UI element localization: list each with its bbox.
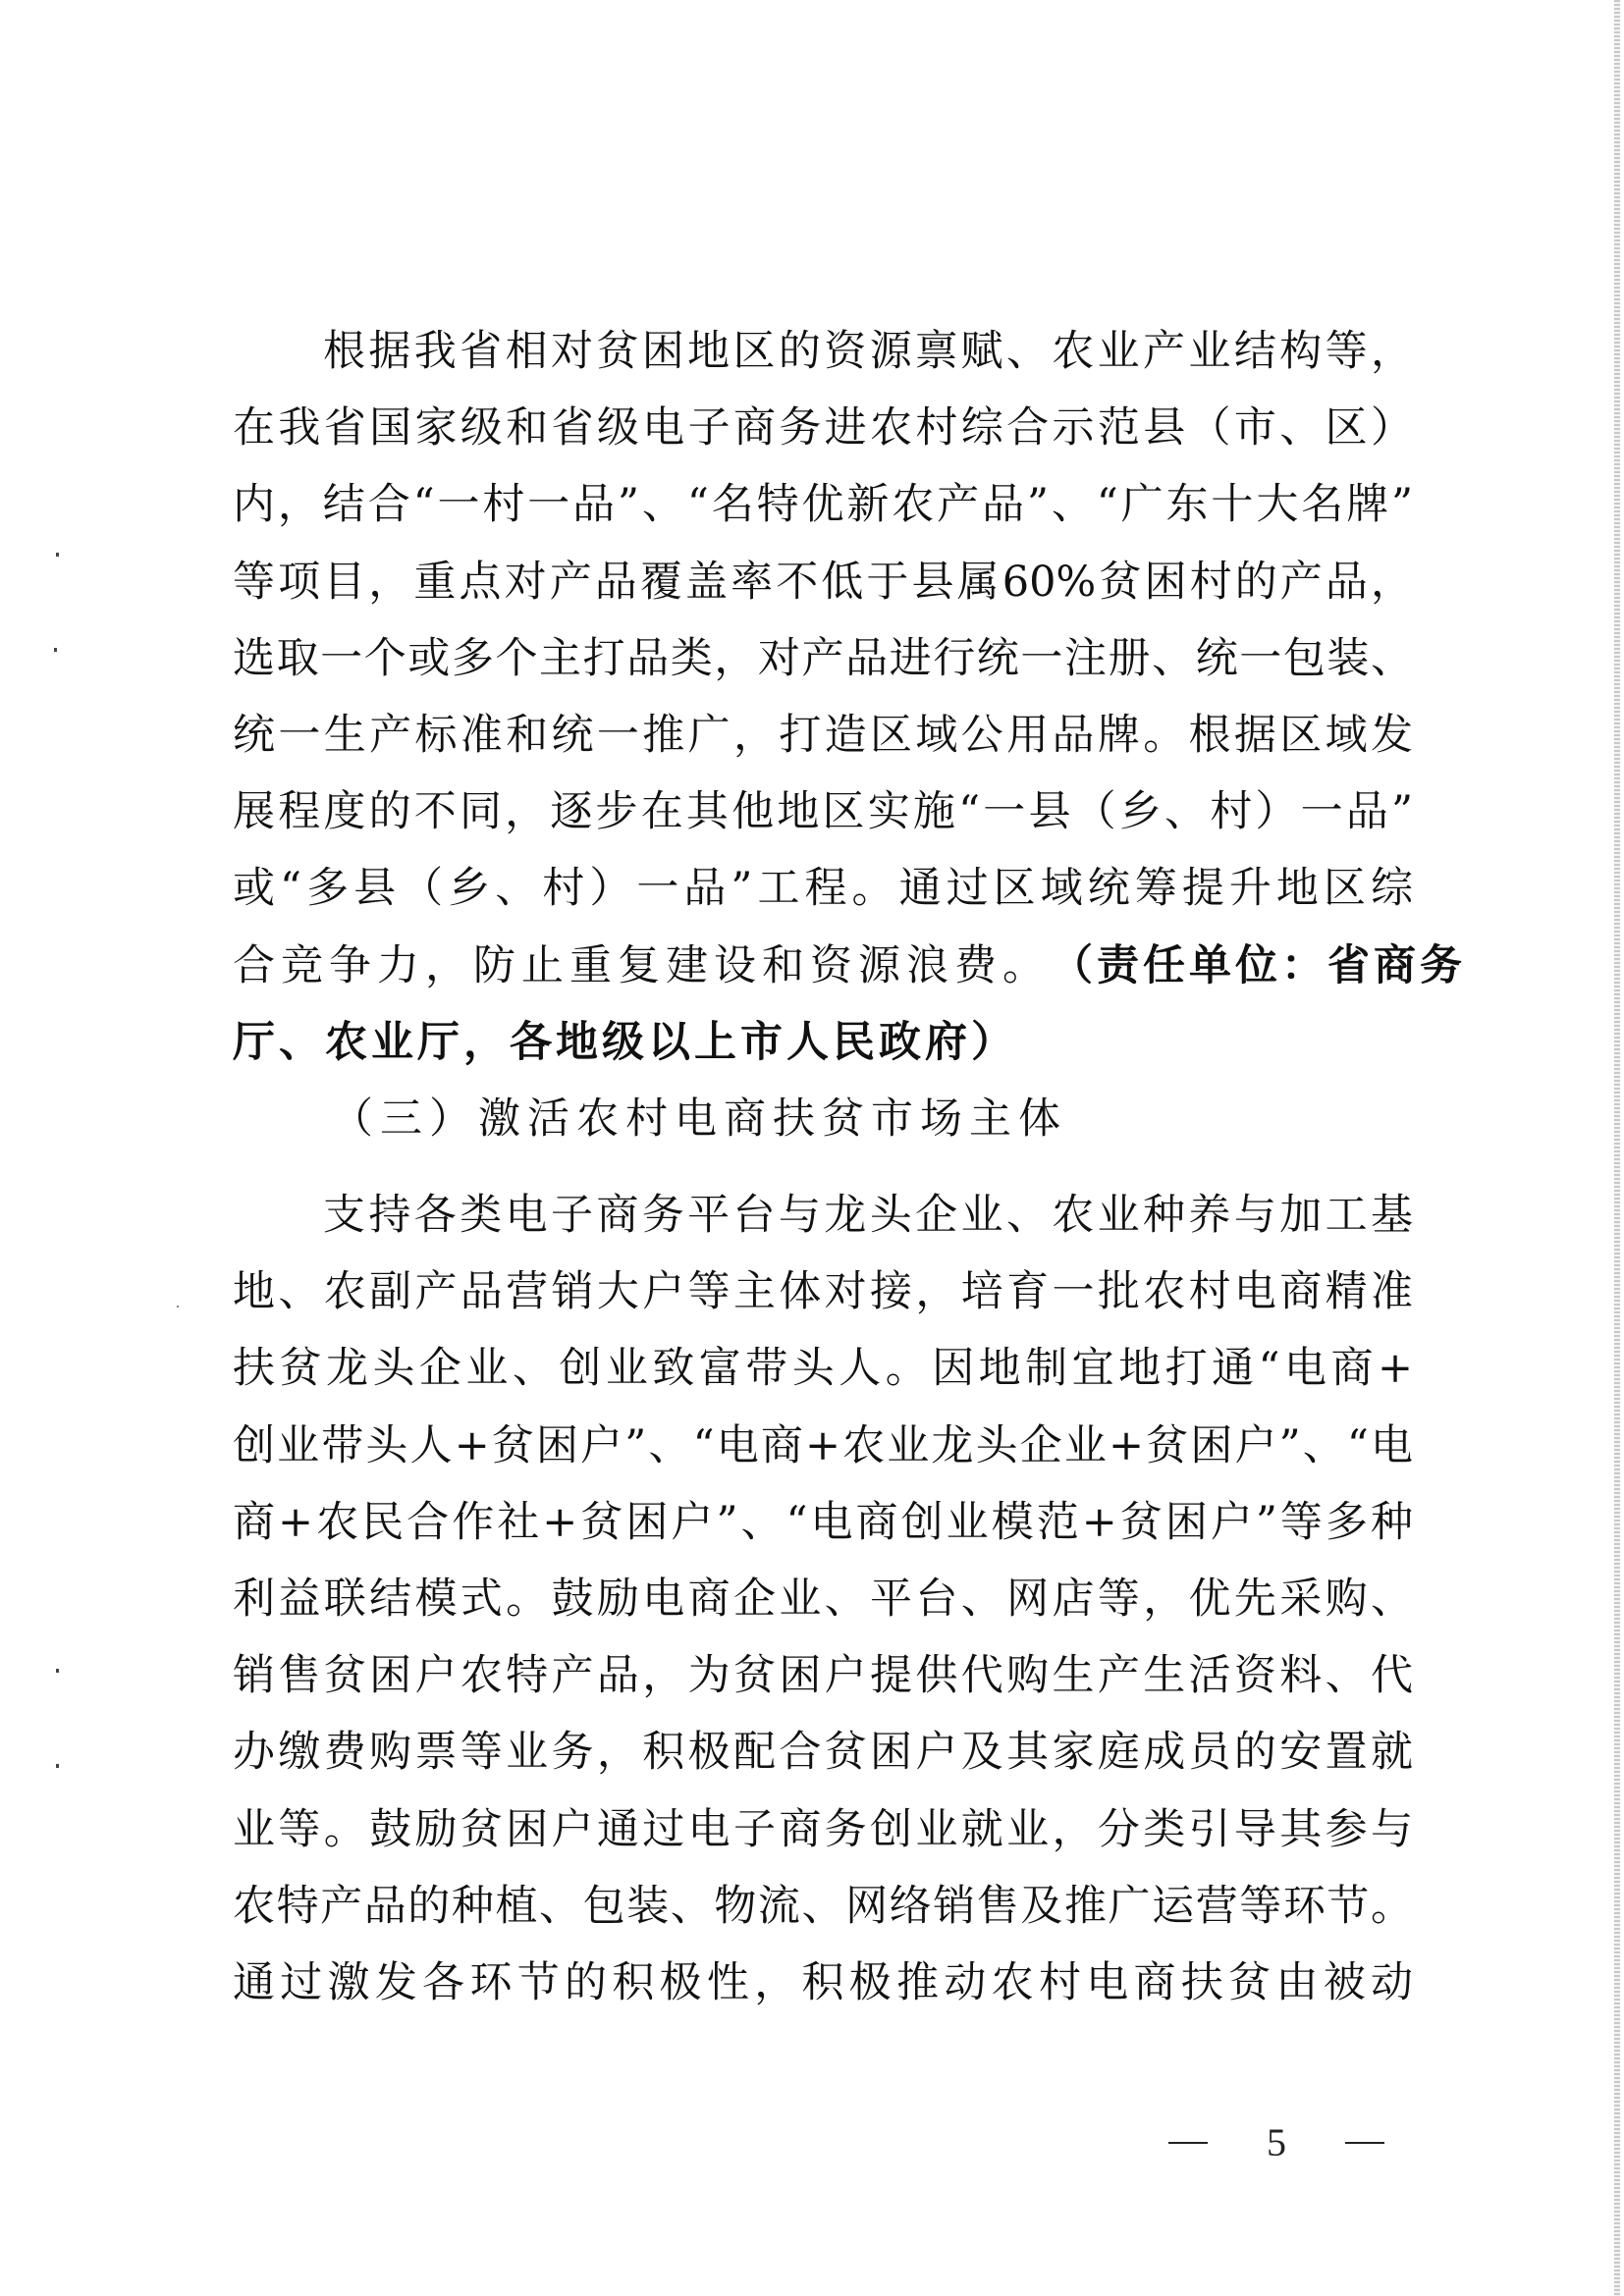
- margin-speck: [54, 648, 57, 652]
- text-line: 选取一个或多个主打品类，对产品进行统一注册、统一包装、: [233, 632, 1413, 709]
- text-line: 展程度的不同，逐步在其他地区实施“一县（乡、村）一品”: [233, 785, 1413, 862]
- margin-speck: [56, 1764, 59, 1768]
- text-line: 或“多县（乡、村）一品”工程。通过区域统筹提升地区综: [233, 862, 1413, 938]
- text-line: 等项目，重点对产品覆盖率不低于县属60%贫困村的产品，: [233, 556, 1413, 632]
- text-line: 支持各类电子商务平台与龙头企业、农业种养与加工基: [233, 1189, 1413, 1265]
- text-line-with-responsibility: 合竞争力，防止重复建设和资源浪费。 （责任单位：省商务: [233, 939, 1413, 1016]
- text-line: 在我省国家级和省级电子商务进农村综合示范县（市、区）: [233, 401, 1413, 478]
- text-line: 地、农副产品营销大户等主体对接，培育一批农村电商精准: [233, 1265, 1413, 1342]
- text-line: 扶贫龙头企业、创业致富带头人。因地制宜地打通“电商+: [233, 1342, 1413, 1418]
- text-line: 统一生产标准和统一推广，打造区域公用品牌。根据区域发: [233, 709, 1413, 785]
- paragraph-market-entities: 支持各类电子商务平台与龙头企业、农业种养与加工基 地、农副产品营销大户等主体对接…: [233, 1189, 1413, 2033]
- responsibility-note-end: 厅、农业厅，各地级以上市人民政府）: [233, 1016, 1413, 1093]
- margin-speck: [56, 553, 59, 557]
- dash-left: [1168, 2142, 1208, 2144]
- scan-edge-shadow: [1614, 0, 1620, 2296]
- responsibility-note-start: （责任单位：省商务: [1051, 939, 1466, 1016]
- text-line: 业等。鼓励贫困户通过电子商务创业就业，分类引导其参与: [233, 1803, 1413, 1880]
- text-line: 农特产品的种植、包装、物流、网络销售及推广运营等环节。: [233, 1880, 1413, 1956]
- section-heading: （三）激活农村电商扶贫市场主体: [233, 1093, 1413, 1169]
- text-line: 利益联结模式。鼓励电商企业、平台、网店等，优先采购、: [233, 1573, 1413, 1649]
- text-line: 创业带头人+贫困户”、“电商+农业龙头企业+贫困户”、“电: [233, 1419, 1413, 1496]
- spacer: [233, 1169, 1413, 1189]
- scan-dot: [177, 1306, 179, 1308]
- paragraph-regional-branding: 根据我省相对贫困地区的资源禀赋、农业产业结构等， 在我省国家级和省级电子商务进农…: [233, 325, 1413, 1093]
- margin-speck: [56, 1669, 59, 1673]
- text-line: 销售贫困户农特产品，为贫困户提供代购生产生活资料、代: [233, 1649, 1413, 1726]
- page-number: 5: [1267, 2119, 1286, 2165]
- text-line: 商+农民合作社+贫困户”、“电商创业模范+贫困户”等多种: [233, 1496, 1413, 1573]
- page-number-footer: 5: [1168, 2119, 1384, 2165]
- document-page: 根据我省相对贫困地区的资源禀赋、农业产业结构等， 在我省国家级和省级电子商务进农…: [0, 0, 1624, 2296]
- text-line: 内，结合“一村一品”、“名特优新农产品”、“广东十大名牌”: [233, 478, 1413, 555]
- text-line: 通过激发各环节的积极性，积极推动农村电商扶贫由被动: [233, 1956, 1413, 2033]
- text-line-regular: 合竞争力，防止重复建设和资源浪费。: [233, 939, 1051, 1016]
- body-text: 根据我省相对贫困地区的资源禀赋、农业产业结构等， 在我省国家级和省级电子商务进农…: [233, 325, 1413, 2033]
- text-line: 办缴费购票等业务，积极配合贫困户及其家庭成员的安置就: [233, 1726, 1413, 1802]
- dash-right: [1345, 2142, 1384, 2144]
- text-line: 根据我省相对贫困地区的资源禀赋、农业产业结构等，: [233, 325, 1413, 401]
